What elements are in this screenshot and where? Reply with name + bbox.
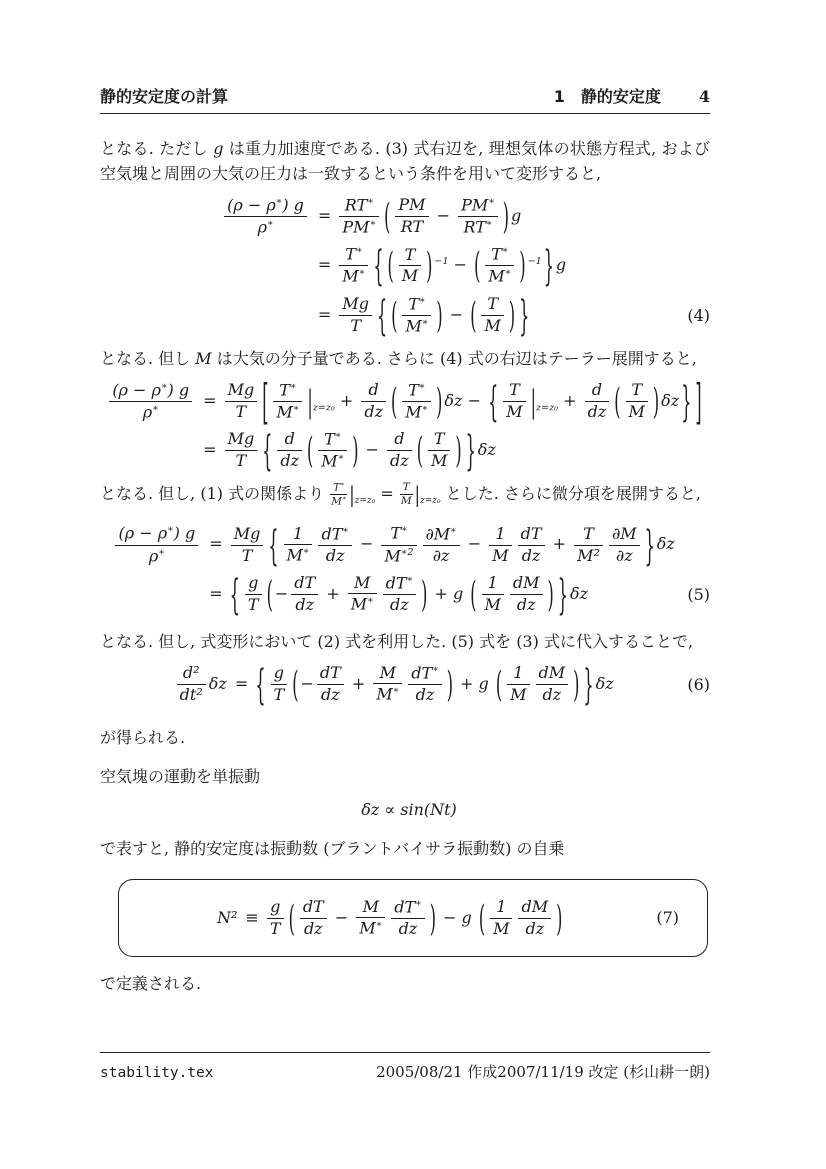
math-num: T <box>481 296 503 316</box>
math-msup: ∗2 <box>401 547 414 558</box>
math-frac: dTdz <box>317 665 344 704</box>
math-den: M∗ <box>330 495 347 508</box>
math-mdel: ) <box>503 196 509 238</box>
math-msup: ∗ <box>488 196 495 207</box>
equation-table: (ρ − ρ∗) gρ∗= RT∗PM∗(PMRT − PM∗RT∗)g= T∗… <box>100 192 710 340</box>
math-msup: ∗ <box>419 381 426 392</box>
math-mi: + g <box>429 584 468 603</box>
math-frac: (ρ − ρ∗) gρ∗ <box>109 382 192 421</box>
math-mi: − <box>355 535 379 554</box>
math-num: M <box>356 899 385 919</box>
math-den: PM∗ <box>339 217 379 236</box>
math-den: dz <box>387 451 412 470</box>
math-mi: M <box>359 919 375 938</box>
math-num: dT <box>317 665 344 685</box>
equation-number <box>687 520 710 569</box>
math-frac: 1M <box>490 899 512 938</box>
math-mi: δz <box>661 391 679 410</box>
math-frac: gT <box>267 899 284 938</box>
math-mi: = <box>318 206 337 225</box>
math-frac: dMdz <box>518 899 551 938</box>
math-den: dz <box>510 595 543 614</box>
math-frac: T∗M∗ <box>318 431 347 470</box>
header-right-group: 1 静的安定度 4 <box>554 84 710 107</box>
math-den: ∂z <box>423 546 460 565</box>
math-num: T∗ <box>339 246 368 266</box>
math-mi: − <box>330 908 354 927</box>
math-mdel: } <box>466 426 476 475</box>
math-den: M <box>503 402 525 421</box>
math-mi: M <box>431 451 447 470</box>
math-msup: ∗ <box>419 295 426 306</box>
math-num: d <box>585 382 610 402</box>
math-mi: M <box>287 546 303 565</box>
math-num: 1 <box>490 899 512 919</box>
math-num: dM <box>536 665 569 685</box>
math-num: T <box>428 431 450 451</box>
math-frac: 1M <box>482 575 504 614</box>
math-mi: M <box>342 267 358 286</box>
math-mdel: ) <box>436 380 442 422</box>
math-msup: ∗ <box>303 546 310 557</box>
math-mi: M <box>354 573 370 592</box>
math-mi: T <box>631 380 642 399</box>
math-mr: となる. ただし <box>100 139 213 158</box>
math-mi: δz <box>657 535 675 554</box>
equation-number <box>687 241 710 290</box>
math-num: dT∗ <box>391 899 424 919</box>
math-mi: T <box>324 429 335 448</box>
math-mi: Mg <box>234 524 261 543</box>
math-mdel: ( <box>292 663 298 705</box>
math-mi: = <box>235 674 254 693</box>
math-msup: −1 <box>528 256 542 267</box>
math-mi: δz <box>478 440 496 459</box>
math-mi: ∂z <box>433 546 450 565</box>
paragraph-2: となる. 但し M は大気の分子量である. さらに (4) 式の右辺はテーラー展… <box>100 346 710 371</box>
math-den: ∂z <box>609 546 640 565</box>
math-mi: T <box>403 481 410 493</box>
math-mdel: ) <box>421 573 427 615</box>
math-mdel: ( <box>479 897 485 939</box>
page-header: 静的安定度の計算 1 静的安定度 4 <box>100 84 710 114</box>
math-den: dt² <box>177 685 206 704</box>
math-mdel: } <box>544 241 554 290</box>
math-den: M∗ <box>356 918 385 937</box>
math-mdel: { <box>373 241 383 290</box>
math-frac: (ρ − ρ∗) gρ∗ <box>224 197 307 236</box>
math-mi: ∂z <box>616 546 633 565</box>
math-mdel: ( <box>391 294 397 336</box>
math-mi: dz <box>399 919 418 938</box>
equation-number: (4) <box>687 291 710 340</box>
math-mdel: ( <box>417 430 423 472</box>
math-mi: + <box>548 535 572 554</box>
math-mi: T <box>236 402 247 421</box>
math-num: T∗ <box>402 296 431 316</box>
math-msup: ∗ <box>342 495 346 502</box>
math-mi: 1 <box>293 524 303 543</box>
math-mi: − <box>300 674 313 693</box>
math-mi: M <box>384 546 400 565</box>
math-msup: ∗ <box>367 196 374 207</box>
math-frac: ddz <box>277 431 302 470</box>
math-mi: M <box>380 663 396 682</box>
header-title: 静的安定度の計算 <box>100 84 228 107</box>
math-msup: ∗ <box>267 218 274 229</box>
math-den: ρ∗ <box>224 217 307 236</box>
math-mdel: ) <box>426 245 432 287</box>
math-den: T <box>231 546 264 565</box>
math-mdel: } <box>681 377 691 426</box>
math-frac: TM <box>428 431 450 470</box>
math-mi: ) g <box>167 380 189 399</box>
math-mdel: ) <box>447 663 453 705</box>
math-mi: M <box>493 919 509 938</box>
math-mi: N² <box>217 908 237 927</box>
math-mi: dz <box>390 451 409 470</box>
math-mi: dt² <box>180 685 203 704</box>
math-den: M∗ <box>402 402 431 421</box>
math-mi: = <box>209 584 228 603</box>
math-num: d <box>361 382 386 402</box>
math-den: M <box>626 402 648 421</box>
math-mi: Mg <box>228 429 255 448</box>
math-mi: T <box>248 595 259 614</box>
math-mi: T <box>408 294 419 313</box>
math-frac: dT∗dz <box>318 526 351 565</box>
math-frac: dTdz <box>518 526 545 565</box>
math-mi: M <box>363 897 379 916</box>
math-den: T <box>339 316 372 335</box>
math-mi: g <box>248 573 258 592</box>
math-mi: T <box>509 380 520 399</box>
math-den: T <box>245 595 262 614</box>
math-mdel: { <box>377 290 387 339</box>
math-mi: PM <box>461 195 488 214</box>
math-mi: d <box>394 429 404 448</box>
math-num: T∗ <box>273 382 302 402</box>
math-den: M² <box>574 546 603 565</box>
math-msup: −1 <box>434 256 448 267</box>
math-mi: − <box>432 206 456 225</box>
math-msup: ∗ <box>290 381 297 392</box>
math-num: 1 <box>507 665 529 685</box>
math-den: M∗ <box>284 545 313 564</box>
math-frac: T∗M∗ <box>485 246 514 285</box>
math-num: g <box>267 899 284 919</box>
math-mi: dT <box>321 524 342 543</box>
math-frac: dT∗dz <box>391 899 424 938</box>
math-mi: ∂M <box>612 524 637 543</box>
math-mi: − <box>463 535 487 554</box>
math-mdel: ) <box>436 294 442 336</box>
math-msup: ∗ <box>158 547 165 558</box>
math-mr: となる. 但し <box>100 349 195 368</box>
math-mi: dM <box>521 897 548 916</box>
math-mi: T <box>583 524 594 543</box>
math-mi: T <box>270 919 281 938</box>
math-mbar: | <box>307 383 312 419</box>
math-mi: 1 <box>513 663 523 682</box>
math-num: d² <box>177 665 206 685</box>
math-frac: ∂M∂z <box>609 526 640 565</box>
math-den: T <box>225 402 258 421</box>
math-mi: M <box>402 266 418 285</box>
math-mi: T <box>274 685 285 704</box>
math-mdel: } <box>519 290 529 339</box>
document-body: となる. ただし g は重力加速度である. (3) 式右辺を, 理想気体の状態方… <box>100 136 710 996</box>
math-den: T <box>271 685 288 704</box>
equation-number <box>687 192 710 241</box>
math-mdel: [ <box>262 373 268 430</box>
math-num: ∂M∗ <box>423 526 460 546</box>
paragraph-8: で定義される. <box>100 971 710 996</box>
footer-filename: stability.tex <box>100 1065 214 1081</box>
math-msup: ∗ <box>376 919 383 930</box>
math-mi: dM <box>539 663 566 682</box>
math-den: M∗ <box>485 266 514 285</box>
math-frac: RT∗PM∗ <box>339 197 379 236</box>
math-mi: (ρ − ρ <box>112 380 161 399</box>
math-msup: ∗ <box>370 218 377 229</box>
math-mi: dz <box>280 451 299 470</box>
math-mi: ) g <box>282 195 304 214</box>
math-frac: MgT <box>225 431 258 470</box>
math-num: dT <box>300 899 327 919</box>
math-frac: MgT <box>339 296 372 335</box>
math-mi: − <box>275 584 288 603</box>
equation-table: N²≡ gT(dTdz − MM∗dT∗dz) − g (1MdMdz)(7) <box>125 894 701 943</box>
math-msup: ∗ <box>505 267 512 278</box>
math-mi: δz ∝ sin(Nt) <box>361 800 457 819</box>
math-frac: ddz <box>361 382 386 421</box>
math-mi: d² <box>183 663 200 682</box>
math-frac: ∂M∗∂z <box>423 526 460 565</box>
math-den: dz <box>518 919 551 938</box>
math-mdel: } <box>645 520 655 569</box>
math-num: dM <box>518 899 551 919</box>
math-mdel: ( <box>470 294 476 336</box>
math-mr: とした. さらに微分項を展開すると, <box>441 484 701 503</box>
math-mi: dT <box>294 573 315 592</box>
math-num: M <box>373 665 402 685</box>
math-frac: MM∗ <box>348 575 377 614</box>
math-frac: dTdz <box>291 575 318 614</box>
document-page: 静的安定度の計算 1 静的安定度 4 となる. ただし g は重力加速度である.… <box>0 0 826 1169</box>
equation-table: d²dt²δz= {gT(−dTdz + MM∗dT∗dz) + g (1MdM… <box>100 660 710 709</box>
math-mi: − g <box>438 908 477 927</box>
math-mi: dT <box>320 663 341 682</box>
math-frac: T∗M∗ <box>273 382 302 421</box>
math-frac: d²dt² <box>177 665 206 704</box>
math-msup: ∗ <box>486 218 493 229</box>
math-den: M∗ <box>348 594 377 613</box>
paragraph-7: で表すと, 静的安定度は振動数 (ブラントバイサラ振動数) の自乗 <box>100 836 710 861</box>
math-frac: (ρ − ρ∗) gρ∗ <box>115 525 198 564</box>
math-mdel: ( <box>496 663 502 705</box>
math-mi: = <box>203 440 222 459</box>
math-mbar: | <box>415 478 420 512</box>
math-num: Mg <box>225 382 258 402</box>
math-mdel: ( <box>391 380 397 422</box>
math-mi: dz <box>542 685 561 704</box>
math-mi: dT <box>386 573 407 592</box>
math-mi: M <box>376 685 392 704</box>
math-mdel: ) <box>455 430 461 472</box>
math-mbar: | <box>531 383 536 419</box>
math-mi: dz <box>517 595 536 614</box>
equation-table: (ρ − ρ∗) gρ∗= MgT[T∗M∗|z=z₀ + ddz(T∗M∗)δ… <box>100 377 710 476</box>
math-mdel: { <box>262 426 272 475</box>
math-den: M∗2 <box>381 546 416 565</box>
math-mdel: ) <box>352 430 358 472</box>
math-mi: M <box>331 496 342 508</box>
math-mi: M <box>492 546 508 565</box>
math-mi: M <box>321 451 337 470</box>
math-frac: T∗M∗ <box>402 296 431 335</box>
math-mi: T <box>405 245 416 264</box>
math-num: Mg <box>339 296 372 316</box>
math-num: dT∗ <box>383 575 416 595</box>
math-num: PM∗ <box>458 197 498 217</box>
math-msup: ∗ <box>502 245 509 256</box>
math-num: 1 <box>489 526 511 546</box>
math-den: RT <box>395 217 428 236</box>
math-den: M∗ <box>273 402 302 421</box>
math-mi: M <box>276 402 292 421</box>
math-mdel: ) <box>548 573 554 615</box>
math-den: dz <box>536 685 569 704</box>
math-mi: + <box>335 391 359 410</box>
equation-4: (ρ − ρ∗) gρ∗= RT∗PM∗(PMRT − PM∗RT∗)g= T∗… <box>100 192 710 340</box>
math-mi: T <box>279 380 290 399</box>
math-num: dT∗ <box>408 665 441 685</box>
math-mi: T <box>236 451 247 470</box>
math-mdel: { <box>488 377 498 426</box>
math-frac: TM <box>399 247 421 286</box>
math-frac: MM∗ <box>373 665 402 704</box>
math-frac: TM <box>503 382 525 421</box>
paragraph-5: が得られる. <box>100 725 710 750</box>
math-den: RT∗ <box>458 217 498 236</box>
math-num: T∗ <box>381 525 416 545</box>
math-mi: M <box>401 495 412 507</box>
math-mi: d <box>592 380 602 399</box>
paragraph-6: 空気塊の運動を単振動 <box>100 764 710 789</box>
math-den: M <box>428 451 450 470</box>
math-mi: M <box>484 316 500 335</box>
math-frac: T∗M∗ <box>402 382 431 421</box>
math-mi: RT <box>345 195 367 214</box>
math-mi: dz <box>295 595 314 614</box>
math-frac: ddz <box>585 382 610 421</box>
equation-7-box: N²≡ gT(dTdz − MM∗dT∗dz) − g (1MdMdz)(7) <box>118 879 708 958</box>
math-msup: ∗ <box>338 452 345 463</box>
math-mi: g <box>274 663 284 682</box>
math-mi: = <box>209 535 228 554</box>
math-frac: MM∗ <box>356 899 385 938</box>
math-num: M <box>348 575 377 595</box>
math-mi: − <box>449 255 473 274</box>
math-mi: = <box>318 305 337 324</box>
math-den: dz <box>361 402 386 421</box>
math-den: dz <box>585 402 610 421</box>
math-msub: z=z₀ <box>536 402 558 413</box>
math-den: M <box>399 266 421 285</box>
math-num: (ρ − ρ∗) g <box>115 525 198 545</box>
page-footer: stability.tex 2005/08/21 作成2007/11/19 改定… <box>100 1052 710 1082</box>
math-mi: Mg <box>342 294 369 313</box>
math-mi: dz <box>304 919 323 938</box>
math-msup: ∗ <box>359 267 366 278</box>
equation-taylor-expansion: (ρ − ρ∗) gρ∗= MgT[T∗M∗|z=z₀ + ddz(T∗M∗)δ… <box>100 377 710 476</box>
math-msup: ∗ <box>356 245 363 256</box>
math-num: dM <box>510 575 543 595</box>
equation-number: (5) <box>687 570 710 619</box>
math-frac: dMdz <box>510 575 543 614</box>
math-frac: TM <box>400 482 413 507</box>
math-mdel: ) <box>556 897 562 939</box>
math-mr: となる. 但し, (1) 式の関係より <box>100 484 329 503</box>
math-mdel: { <box>268 520 278 569</box>
math-mdel: ( <box>289 897 295 939</box>
math-mdel: ( <box>267 573 273 615</box>
math-den: M <box>489 546 511 565</box>
math-num: (ρ − ρ∗) g <box>224 197 307 217</box>
math-mdel: ) <box>573 663 579 705</box>
equation-number: (6) <box>687 660 710 709</box>
math-num: dT <box>518 526 545 546</box>
math-mi: (ρ − ρ <box>227 195 276 214</box>
math-frac: PM∗RT∗ <box>458 197 498 236</box>
math-den: dz <box>408 685 441 704</box>
header-page-number: 4 <box>699 87 710 106</box>
math-msup: ∗ <box>367 595 374 606</box>
math-mi: δz <box>596 674 614 693</box>
math-frac: ddz <box>387 431 412 470</box>
math-frac: PMRT <box>395 197 428 236</box>
math-mi: − <box>360 440 384 459</box>
math-den: ρ∗ <box>109 402 192 421</box>
math-frac: dT∗dz <box>383 575 416 614</box>
math-frac: 1M <box>507 665 529 704</box>
math-mdel: ( <box>388 245 394 287</box>
math-frac: gT <box>271 665 288 704</box>
footer-date-note: 2005/08/21 作成2007/11/19 改定 (杉山耕一朗) <box>376 1061 710 1082</box>
math-num: d <box>277 431 302 451</box>
math-den: dz <box>318 546 351 565</box>
math-num: RT∗ <box>339 197 379 217</box>
math-msup: ∗ <box>422 403 429 414</box>
math-num: T <box>400 482 413 495</box>
math-mi: ∂M <box>426 524 451 543</box>
math-mi: ≡ <box>245 908 264 927</box>
math-den: M∗ <box>402 316 431 335</box>
math-den: dz <box>277 451 302 470</box>
math-msup: ∗ <box>407 574 414 585</box>
math-mi: + <box>347 674 371 693</box>
math-frac: T∗M∗ <box>339 246 368 285</box>
math-mi: dz <box>321 685 340 704</box>
math-mdel: } <box>558 569 568 618</box>
math-den: dz <box>391 919 424 938</box>
math-msup: ∗ <box>342 525 349 536</box>
math-frac: gT <box>245 575 262 614</box>
math-num: (ρ − ρ∗) g <box>109 382 192 402</box>
math-mi: d <box>285 429 295 448</box>
math-den: M <box>482 595 504 614</box>
